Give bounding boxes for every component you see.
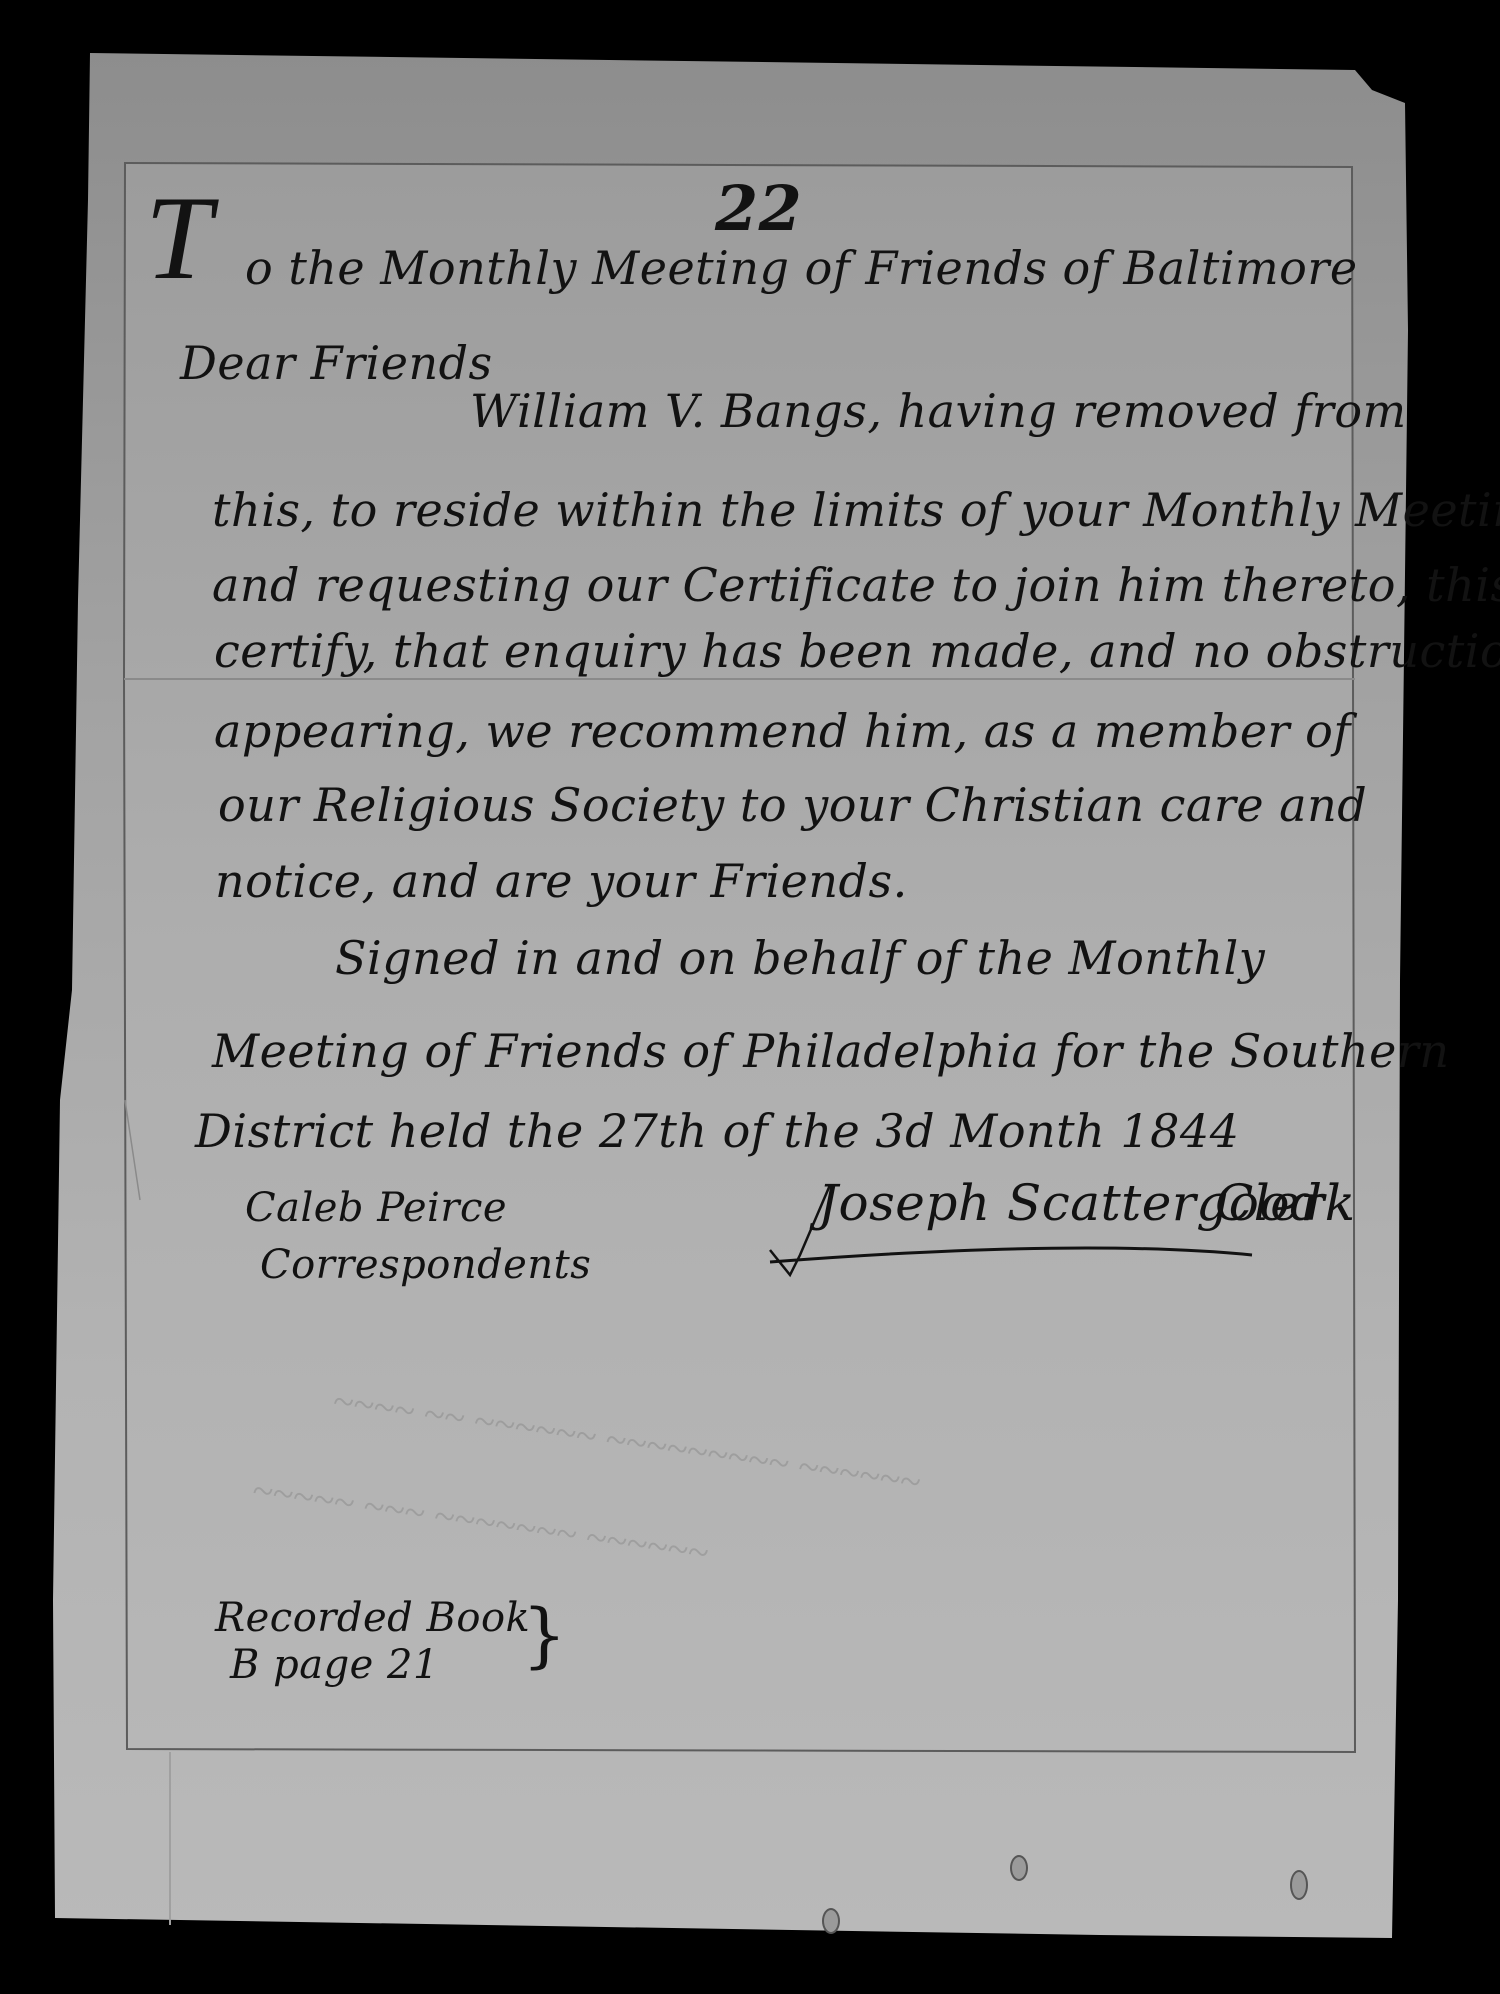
salutation-line: o the Monthly Meeting of Friends of Balt… <box>245 245 1358 291</box>
body-line: appearing, we recommend him, as a member… <box>214 708 1351 754</box>
signature-title: Clerk <box>1215 1178 1356 1228</box>
paper-hole <box>822 1908 840 1934</box>
closing-line: Meeting of Friends of Philadelphia for t… <box>212 1028 1449 1074</box>
greeting: Dear Friends <box>180 340 493 386</box>
closing-line: Signed in and on behalf of the Monthly <box>335 935 1265 981</box>
salutation-initial: T <box>145 178 212 298</box>
scan-canvas: ~~~~ ~~ ~~~~~~ ~~~~~~~~~ ~~~~~~ ~~~~~ ~~… <box>0 0 1500 1994</box>
closing-line-date: District held the 27th of the 3d Month 1… <box>195 1108 1239 1154</box>
body-line: notice, and are your Friends. <box>215 858 908 904</box>
body-line: certify, that enquiry has been made, and… <box>214 628 1500 674</box>
body-line: William V. Bangs, having removed from <box>470 388 1407 434</box>
paper-hole <box>1010 1855 1028 1881</box>
recording-note-line2: B page 21 <box>230 1645 439 1685</box>
page-number: 22 <box>715 178 802 240</box>
body-line: this, to reside within the limits of you… <box>212 487 1500 533</box>
paper-hole <box>1290 1870 1308 1900</box>
recording-note-line1: Recorded Book <box>215 1598 530 1638</box>
paper-sheet <box>0 0 1500 1994</box>
correspondent-title: Correspondents <box>260 1245 591 1285</box>
body-line: our Religious Society to your Christian … <box>218 782 1367 828</box>
body-line: and requesting our Certificate to join h… <box>212 562 1500 608</box>
brace-glyph: } <box>522 1600 567 1670</box>
correspondent-name: Caleb Peirce <box>245 1188 507 1228</box>
